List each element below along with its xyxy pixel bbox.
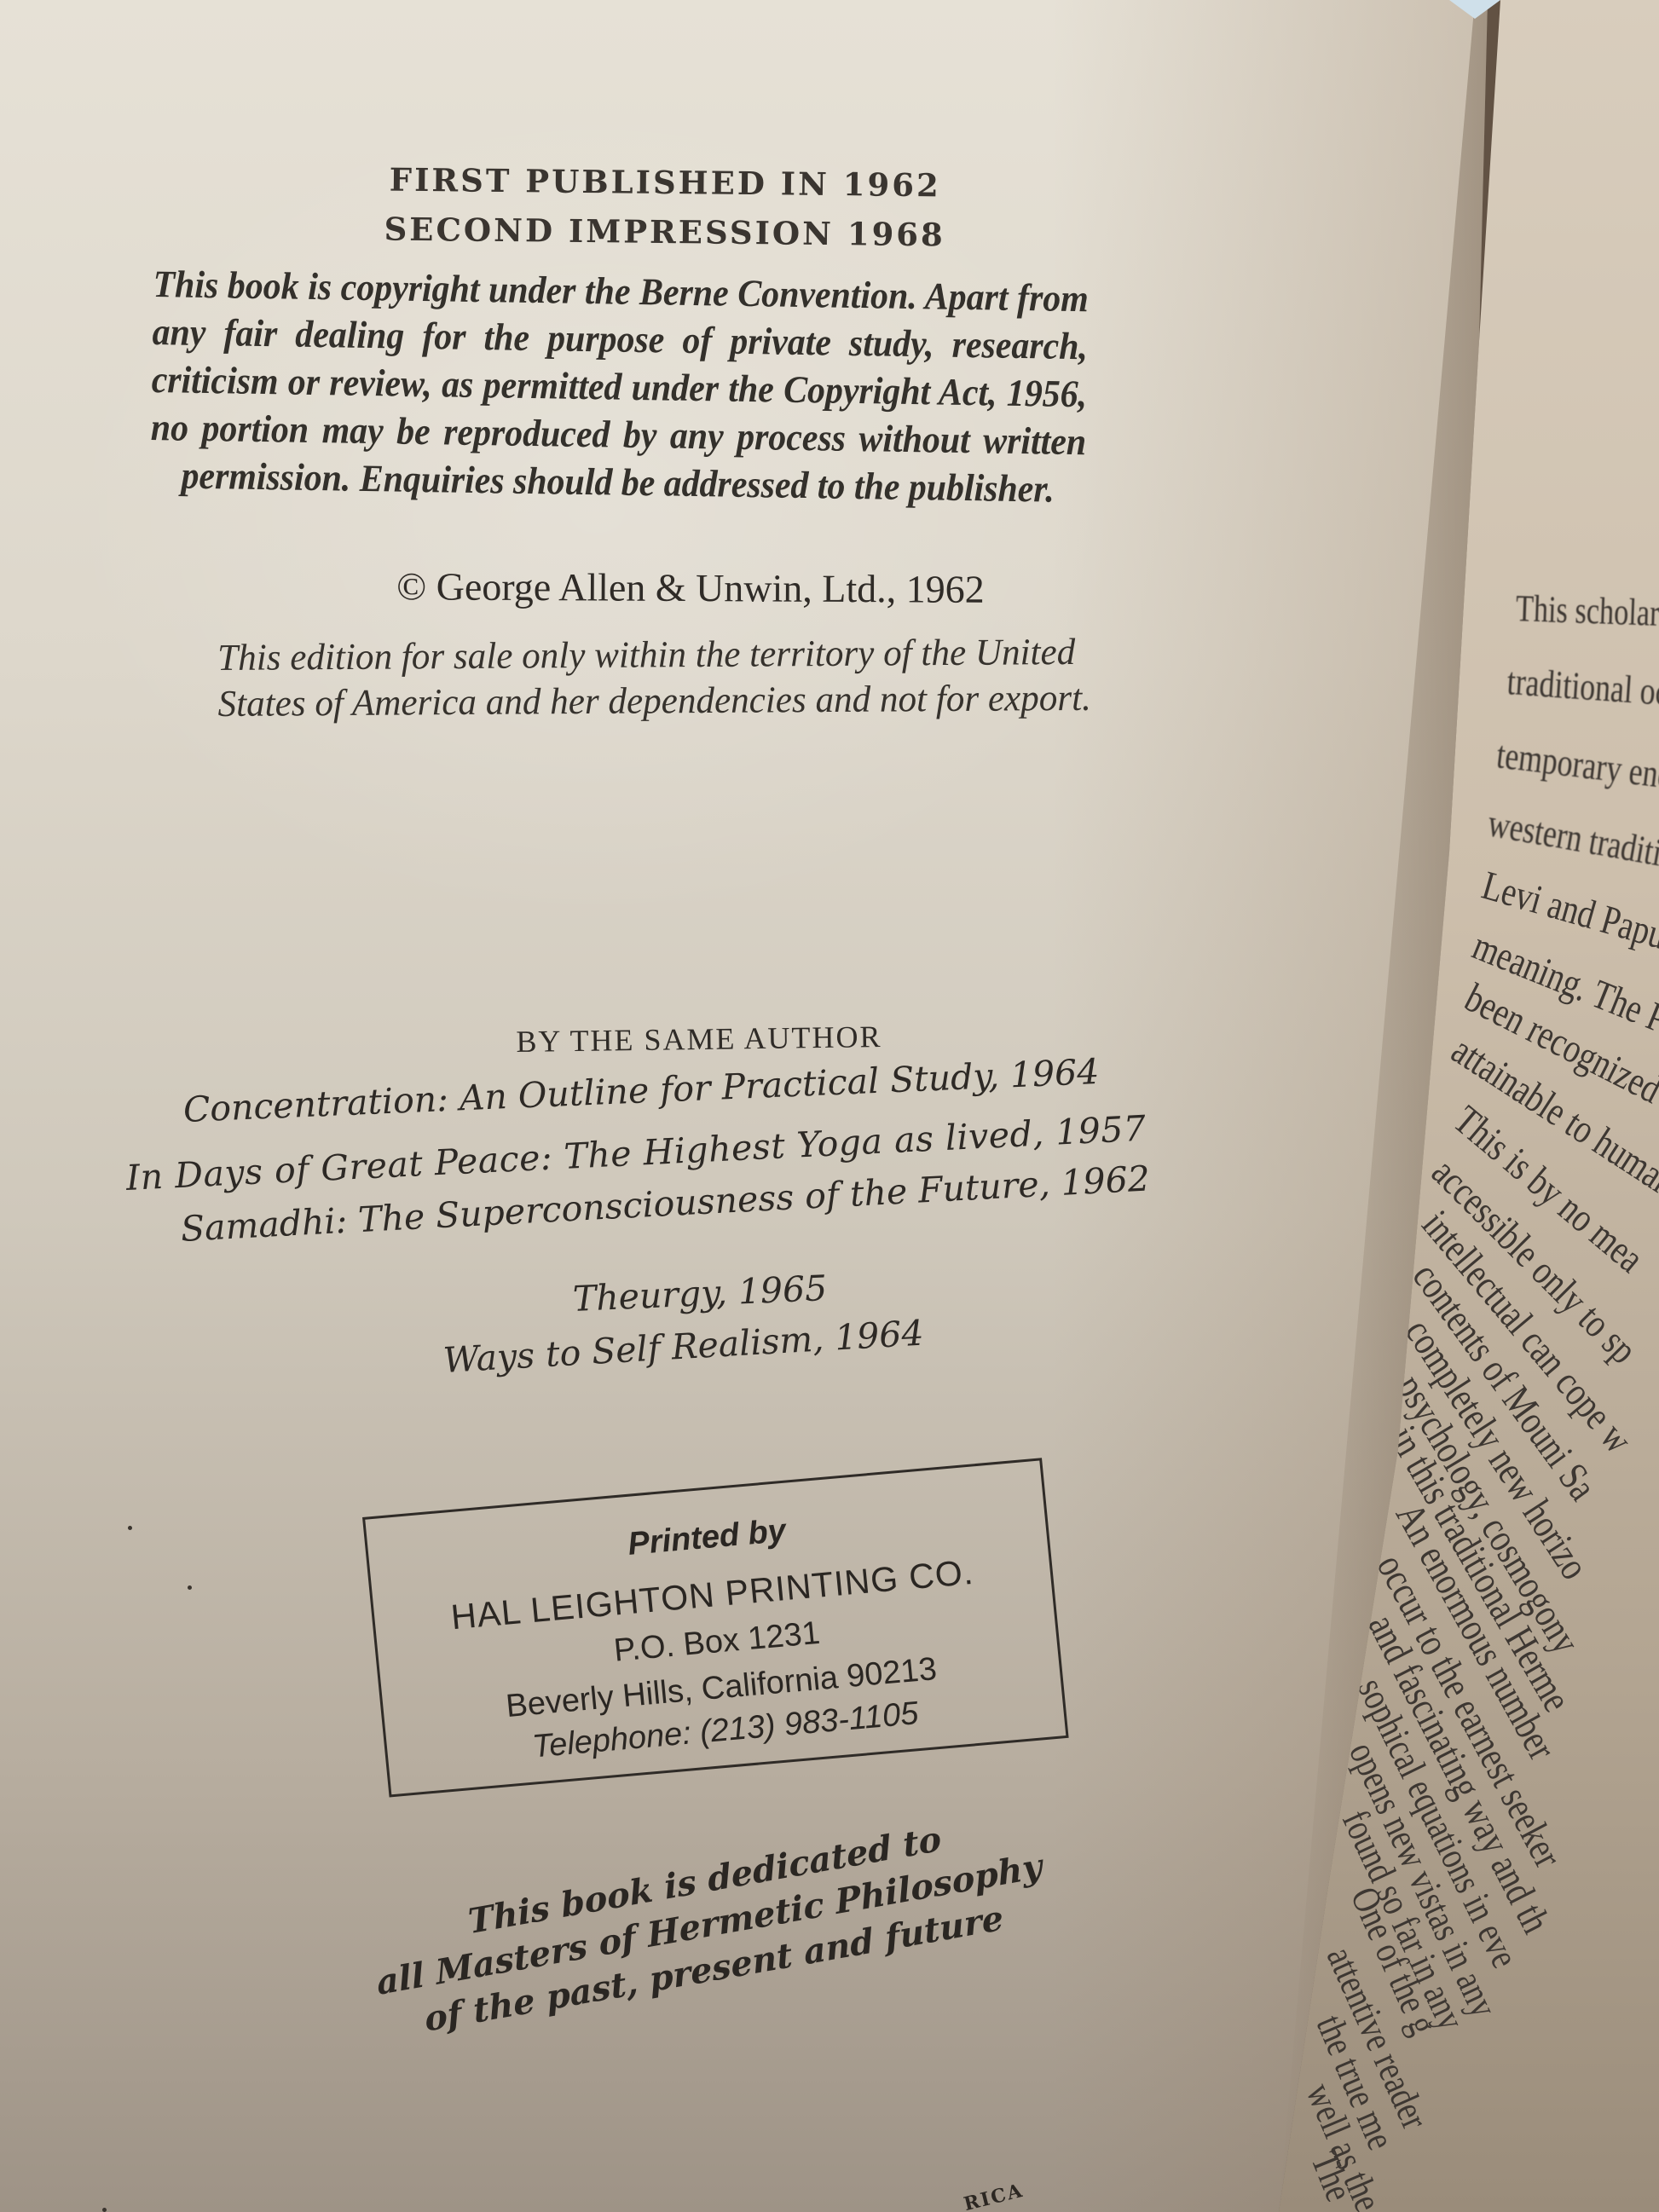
right-page-line: This scholarl <box>1515 586 1659 635</box>
by-same-author-heading: BY THE SAME AUTHOR <box>443 1018 956 1060</box>
publisher-copyright-line: © George Allen & Unwin, Ltd., 1962 <box>307 563 1074 613</box>
second-impression: SECOND IMPRESSION 1968 <box>366 204 963 259</box>
right-page-line: traditional occ <box>1506 658 1659 715</box>
right-page-line: temporary ency <box>1494 731 1659 800</box>
book-spread-photo: This scholarl traditional occ temporary … <box>0 0 1659 2212</box>
copyright-notice: This book is copyright under the Berne C… <box>150 260 1090 513</box>
first-published: FIRST PUBLISHED IN 1962 <box>367 154 964 210</box>
printer-info-box: Printed by HAL LEIGHTON PRINTING CO. P.O… <box>362 1458 1069 1797</box>
edition-info: FIRST PUBLISHED IN 1962 SECOND IMPRESSIO… <box>366 154 963 259</box>
territory-notice: This edition for sale only within the te… <box>217 628 1137 727</box>
